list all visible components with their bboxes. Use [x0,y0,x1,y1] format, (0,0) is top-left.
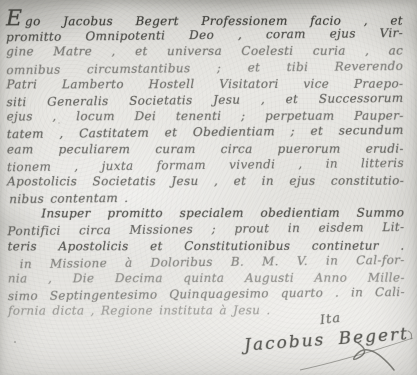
signature-flourish [230,325,417,375]
manuscript-line: fornia dicta , Regione instituta à Jesu … [8,302,286,319]
paper-speck [392,62,394,64]
manuscript-page: Ego Jacobus Begert Professionem facio , … [0,0,417,375]
paper-speck [14,341,16,343]
manuscript-line: Pontifici circa Missiones ; prout in eis… [7,219,404,239]
manuscript-line: tatem , Castitatem et Obedientiam ; et s… [7,122,404,142]
manuscript-body: Ego Jacobus Begert Professionem facio , … [6,10,405,320]
manuscript-line: gine Matre , et universa Coelesti curia … [6,43,403,60]
paper-speck [58,122,60,124]
